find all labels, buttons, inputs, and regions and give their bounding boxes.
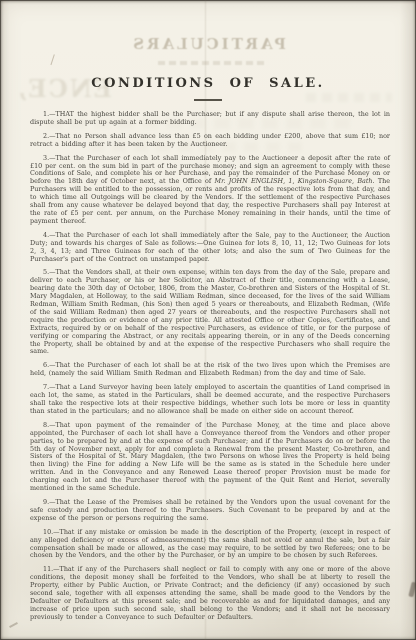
- conditions-list: 1.—THAT the highest bidder shall be the …: [0, 111, 416, 622]
- condition-paragraph-4: 4.—That the Purchaser of each lot shall …: [30, 232, 390, 264]
- condition-3-text-end: The Purchasers will be entitled to the p…: [30, 177, 390, 225]
- condition-paragraph-2: 2.—That no Person shall advance less tha…: [30, 133, 390, 149]
- document-content: CONDITIONS OF SALE. 1.—THAT the highest …: [0, 0, 416, 622]
- paper-corner-blemish: [9, 622, 18, 628]
- title-divider: [194, 99, 222, 101]
- condition-paragraph-5: 5.—That the Vendors shall, at their own …: [30, 269, 390, 356]
- scanned-document-page: PARTICULARS ENCE, CONDITIONS OF SALE. 1.…: [0, 0, 416, 640]
- solicitor-name-italic: Mr. JOHN ENGLISH, 1, Kingston-Square, Ba…: [215, 177, 375, 185]
- condition-paragraph-9: 9.—That the Lease of the Premises shall …: [30, 499, 390, 523]
- condition-paragraph-10: 10.—That if any mistake or omission be m…: [30, 529, 390, 561]
- condition-paragraph-3: 3.—That the Purchaser of each lot shall …: [30, 155, 390, 226]
- condition-paragraph-6: 6.—That the Purchaser of each lot shall …: [30, 362, 390, 378]
- document-title: CONDITIONS OF SALE.: [0, 76, 416, 91]
- condition-paragraph-8: 8.—That upon payment of the remainder of…: [30, 422, 390, 493]
- condition-paragraph-7: 7.—That a Land Surveyor having been late…: [30, 384, 390, 416]
- condition-paragraph-1: 1.—THAT the highest bidder shall be the …: [30, 111, 390, 127]
- condition-paragraph-11: 11.—That if any of the Purchasers shall …: [30, 566, 390, 621]
